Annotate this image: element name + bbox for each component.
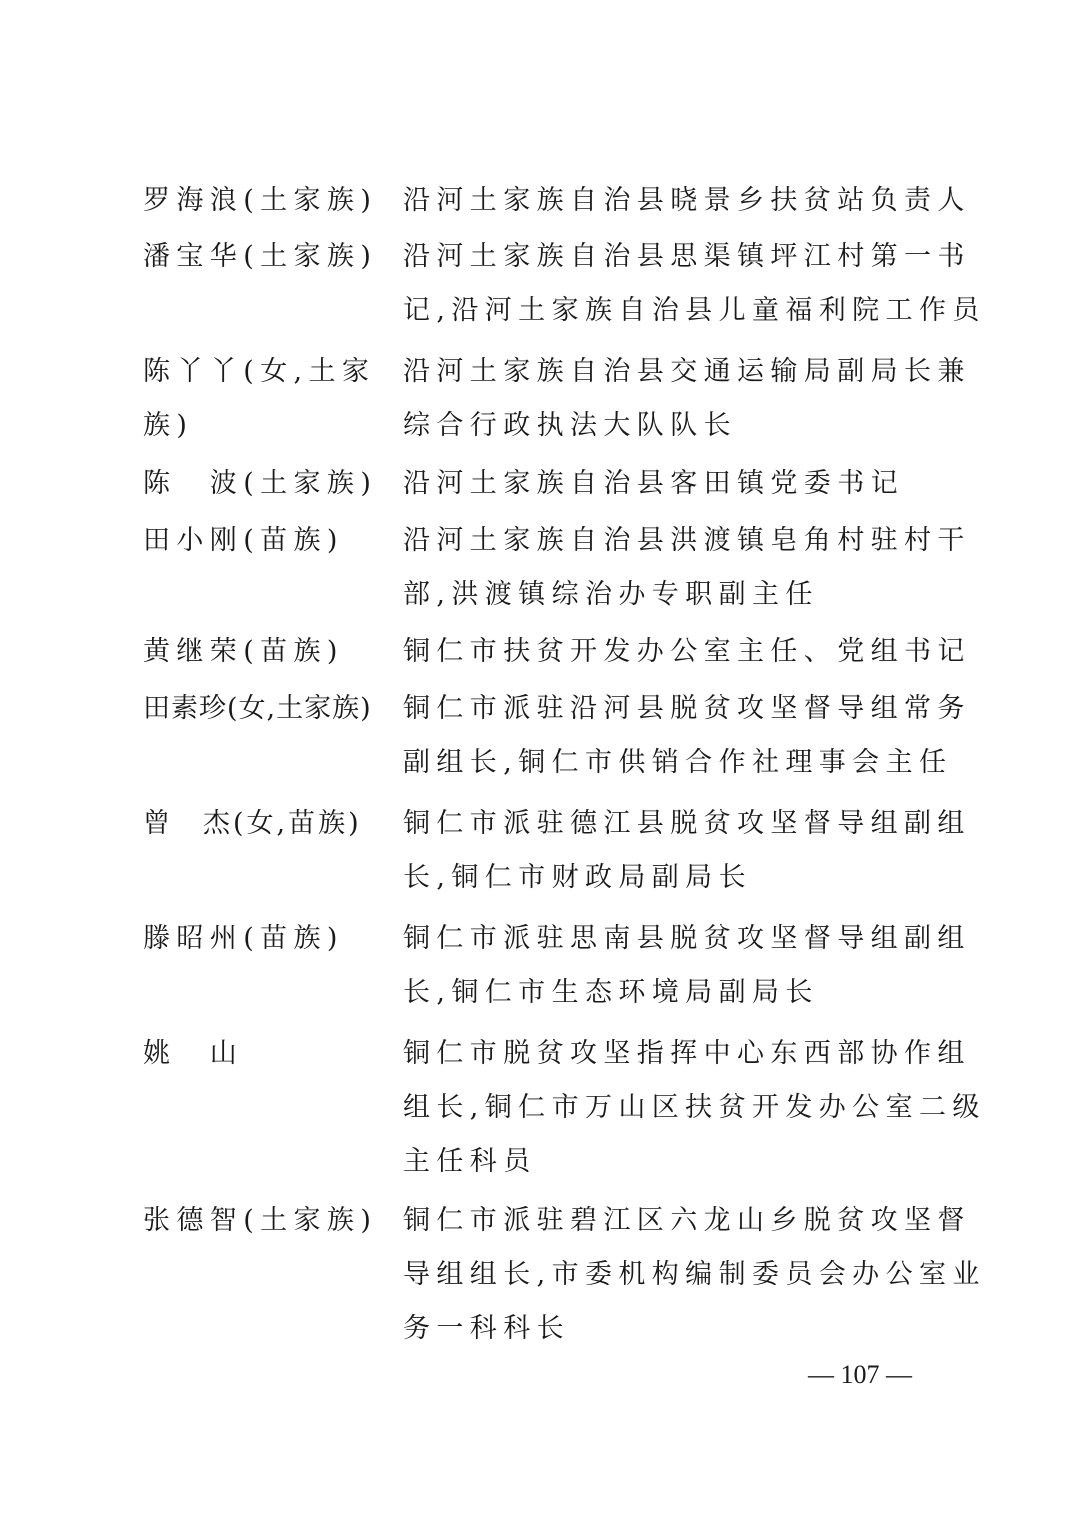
person-duty: 铜仁市派驻德江县脱贫攻坚督导组副组 <box>403 809 948 839</box>
person-duty-continued: 导组组长,市委机构编制委员会办公室业 <box>403 1260 948 1290</box>
person-duty-continued: 综合行政执法大队队长 <box>403 411 948 441</box>
person-duty-continued: 副组长,铜仁市供销合作社理事会主任 <box>403 748 948 778</box>
person-name: 潘宝华(土家族) <box>143 242 377 272</box>
person-name-continued: 族) <box>143 411 193 441</box>
person-duty: 沿河土家族自治县洪渡镇皂角村驻村干 <box>403 526 948 556</box>
person-name: 曾 杰(女,苗族) <box>143 809 362 839</box>
person-duty-continued: 部,洪渡镇综治办专职副主任 <box>403 580 948 610</box>
person-duty: 铜仁市扶贫开发办公室主任、党组书记 <box>403 637 948 667</box>
person-duty-continued: 务一科科长 <box>403 1314 948 1344</box>
person-duty: 沿河土家族自治县思渠镇坪江村第一书 <box>403 242 948 272</box>
person-duty-continued: 主任科员 <box>403 1147 948 1177</box>
person-name: 张德智(土家族) <box>143 1206 377 1236</box>
person-duty: 铜仁市派驻思南县脱贫攻坚督导组副组 <box>403 924 948 954</box>
person-duty: 沿河土家族自治县交通运输局副局长兼 <box>403 357 948 387</box>
document-page: 罗海浪(土家族) 沿河土家族自治县晓景乡扶贫站负责人 潘宝华(土家族) 沿河土家… <box>0 0 1080 1527</box>
person-name: 滕昭州(苗族) <box>143 924 344 954</box>
person-name: 黄继荣(苗族) <box>143 637 344 667</box>
person-duty-continued: 记,沿河土家族自治县儿童福利院工作员 <box>403 296 948 326</box>
person-name: 罗海浪(土家族) <box>143 186 377 216</box>
person-duty: 铜仁市脱贫攻坚指挥中心东西部协作组 <box>403 1039 948 1069</box>
person-duty-continued: 组长,铜仁市万山区扶贫开发办公室二级 <box>403 1093 948 1123</box>
person-name: 田小刚(苗族) <box>143 526 344 556</box>
person-name: 陈 波(土家族) <box>143 469 377 499</box>
person-duty: 沿河土家族自治县晓景乡扶贫站负责人 <box>403 186 948 216</box>
person-duty-continued: 长,铜仁市生态环境局副局长 <box>403 978 948 1008</box>
person-duty-continued: 长,铜仁市财政局副局长 <box>403 863 948 893</box>
person-duty: 沿河土家族自治县客田镇党委书记 <box>403 469 948 499</box>
person-duty: 铜仁市派驻碧江区六龙山乡脱贫攻坚督 <box>403 1206 948 1236</box>
person-name: 陈丫丫(女,土家 <box>143 357 375 387</box>
page-number: — 107 — <box>800 1360 920 1390</box>
person-duty: 铜仁市派驻沿河县脱贫攻坚督导组常务 <box>403 694 948 724</box>
person-name: 田素珍(女,土家族) <box>143 694 372 724</box>
person-name: 姚 山 <box>143 1039 243 1069</box>
